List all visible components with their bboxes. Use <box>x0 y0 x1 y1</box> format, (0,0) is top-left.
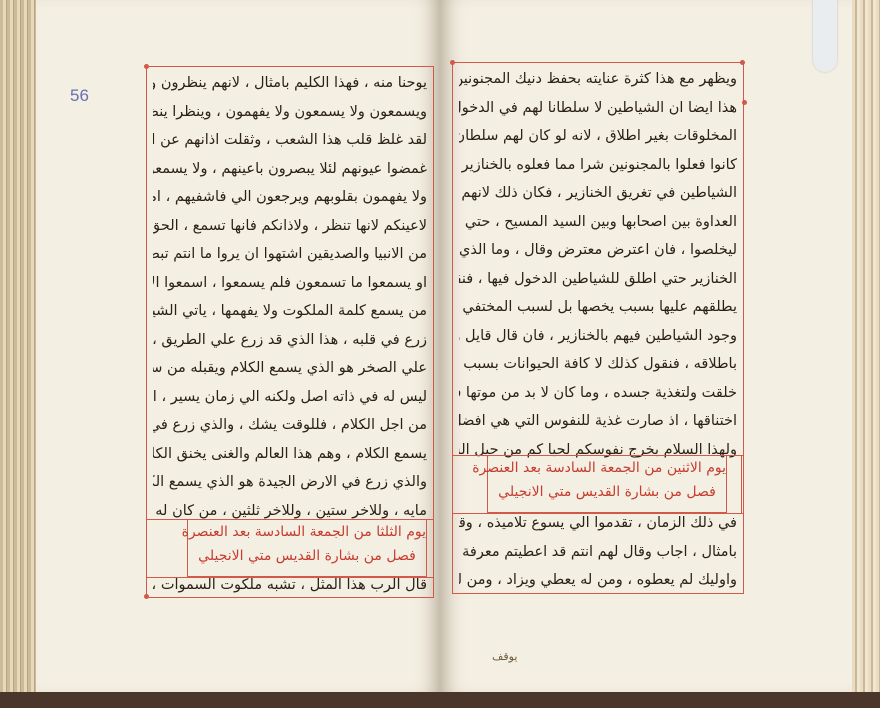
corner-mark <box>450 60 455 65</box>
corner-mark <box>740 60 745 65</box>
text-line: باطلاقه ، فنقول كذلك لا كافة الحيوانات ب… <box>459 350 737 379</box>
text-line: من اجل الكلام ، فللوقت يشك ، والذي زرع ف… <box>153 411 427 440</box>
text-line: ويسمعون ولا يسمعون ولا يفهمون ، وينظرا ي… <box>153 98 427 127</box>
text-line: من يسمع كلمة الملكوت ولا يفهمها ، ياتي ا… <box>153 297 427 326</box>
text-line: ليس له في ذاته اصل ولكنه الي زمان يسير ،… <box>153 383 427 412</box>
right-final-text: في ذلك الزمان ، تقدموا الي يسوع تلاميذه … <box>459 509 737 595</box>
bookmark-tab <box>813 0 837 72</box>
corner-mark <box>144 64 149 69</box>
text-line: العداوة بين اصحابها وبين السيد المسيح ، … <box>459 208 737 237</box>
text-line: اختناقها ، اذ صارت غذية للنفوس التي هي ا… <box>459 407 737 436</box>
rubric-heading-line: يوم الاثنين من الجمعة السادسة بعد العنصر… <box>488 456 726 480</box>
text-line: لاعينكم لانها تنظر ، ولاذانكم فانها تسمع… <box>153 212 427 241</box>
text-line: يوحنا منه ، فهذا الكليم بامثال ، لانهم ي… <box>153 69 427 98</box>
text-line: ولا يفهمون بقلوبهم ويرجعون الي فاشفيهم ،… <box>153 183 427 212</box>
rubric-heading-line: فصل من بشارة القديس متي الانجيلي <box>188 544 426 568</box>
folio-number: 56 <box>70 86 89 106</box>
corner-mark <box>144 594 149 599</box>
binding-edge <box>0 692 880 708</box>
left-final-text: قال الرب هذا المثل ، تشبه ملكوت السموات … <box>153 571 427 600</box>
text-line: وجود الشياطين فيهم بالخنازير ، فان قال ق… <box>459 322 737 351</box>
text-line: خلقت ولتغذية جسده ، وما كان لا بد من موت… <box>459 379 737 408</box>
text-line: زرع في قلبه ، هذا الذي قد زرع علي الطريق… <box>153 326 427 355</box>
text-line: المخلوقات بغير اطلاق ، لانه لو كان لهم س… <box>459 122 737 151</box>
text-line: قال الرب هذا المثل ، تشبه ملكوت السموات … <box>153 571 427 600</box>
margin-mark <box>742 100 747 105</box>
right-main-text: ويظهر مع هذا كثرة عنايته بحفظ دنيك المجن… <box>459 65 737 464</box>
rubric-side-box <box>725 455 742 513</box>
rubric-heading-line: يوم الثلثا من الجمعة السادسة بعد العنصرة <box>188 520 426 544</box>
text-line: كانوا فعلوا بالمجنونين شرا مما فعلوه بال… <box>459 151 737 180</box>
rubric-heading-box: يوم الثلثا من الجمعة السادسة بعد العنصرة… <box>187 519 427 577</box>
text-line: من الانبيا والصديقين اشتهوا ان يروا ما ا… <box>153 240 427 269</box>
text-line: بامثال ، اجاب وقال لهم انتم قد اعطيتم مع… <box>459 538 737 567</box>
text-line: ليخلصوا ، فان اعترض معترض وقال ، وما الذ… <box>459 236 737 265</box>
text-line: الشياطين في تغريق الخنازير ، فكان ذلك لا… <box>459 179 737 208</box>
text-line: او يسمعوا ما تسمعون فلم يسمعوا ، اسمعوا … <box>153 269 427 298</box>
right-page-edges <box>852 0 880 708</box>
rubric-heading-line: فصل من بشارة القديس متي الانجيلي <box>488 480 726 504</box>
text-line: يسمع الكلام ، وهم هذا العالم والغنى يخنق… <box>153 440 427 469</box>
text-line: ويظهر مع هذا كثرة عنايته بحفظ دنيك المجن… <box>459 65 737 94</box>
left-main-text: يوحنا منه ، فهذا الكليم بامثال ، لانهم ي… <box>153 69 427 525</box>
text-line: واوليك لم يعطوه ، ومن له يعطي ويزاد ، وم… <box>459 566 737 595</box>
manuscript-spread: 56 يوحنا منه ، فهذا الكليم بامثال ، لانه… <box>0 0 880 708</box>
text-line: علي الصخر هو الذي يسمع الكلام ويقبله من … <box>153 354 427 383</box>
text-line: في ذلك الزمان ، تقدموا الي يسوع تلاميذه … <box>459 509 737 538</box>
rubric-heading-box: يوم الاثنين من الجمعة السادسة بعد العنصر… <box>487 455 727 513</box>
left-page-edges <box>0 0 36 708</box>
right-text-frame: ويظهر مع هذا كثرة عنايته بحفظ دنيك المجن… <box>452 62 744 594</box>
text-line: الخنازير حتي اطلق للشياطين الدخول فيها ،… <box>459 265 737 294</box>
text-line: هذا ايضا ان الشياطين لا سلطانا لهم في ال… <box>459 94 737 123</box>
text-line: يطلقهم عليها بسبب يخصها بل لسبب المختفي … <box>459 293 737 322</box>
text-line: لقد غلظ قلب هذا الشعب ، وثقلت اذانهم عن … <box>153 126 427 155</box>
left-text-frame: يوحنا منه ، فهذا الكليم بامثال ، لانهم ي… <box>146 66 434 598</box>
catchword: يوقف <box>492 650 517 663</box>
text-line: غمضوا عيونهم لئلا يبصرون باعينهم ، ولا ي… <box>153 155 427 184</box>
text-line: والذي زرع في الارض الجيدة هو الذي يسمع ا… <box>153 468 427 497</box>
